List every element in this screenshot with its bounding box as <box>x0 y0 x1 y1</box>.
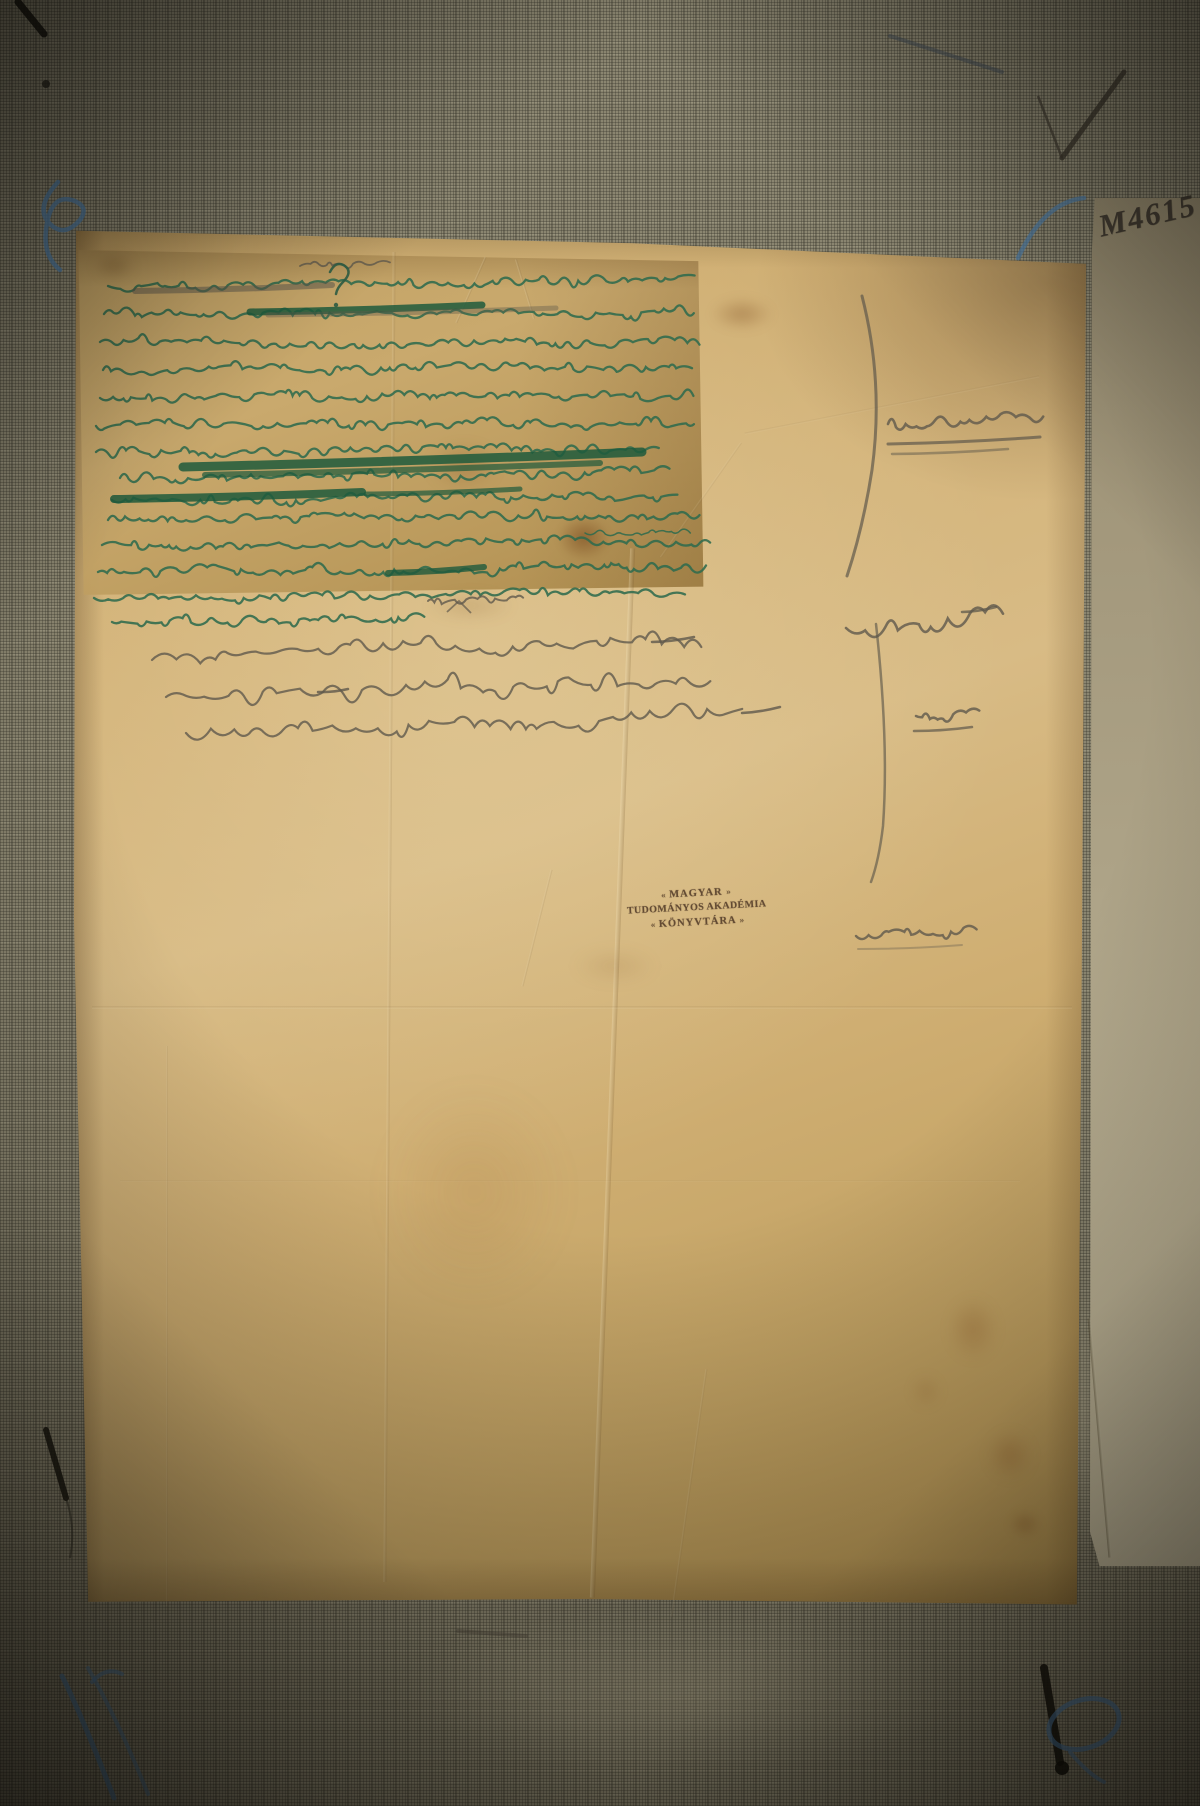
archive-photo-scene: M4615 « MAGYAR » TUDOMÁNYOS <box>0 0 1200 1806</box>
ink-line <box>94 588 685 604</box>
pencil-underline <box>892 449 1008 454</box>
pencil-line <box>856 926 977 939</box>
stamp-wing-right-icon: » <box>739 915 744 925</box>
pencil-line <box>888 412 1043 429</box>
ink-line <box>96 417 694 430</box>
ink-line <box>585 529 690 535</box>
ink-line <box>103 361 692 375</box>
green-strike <box>388 567 484 573</box>
pencil-line <box>152 632 701 664</box>
pencil-line <box>428 596 523 604</box>
stamp-wing-left-icon: « <box>661 890 666 900</box>
green-strike <box>366 489 520 494</box>
ink-line <box>112 613 424 626</box>
library-stamp: « MAGYAR » TUDOMÁNYOS AKADÉMIA « KÖNYVTÁ… <box>621 882 774 946</box>
pencil-line <box>916 709 979 722</box>
pencil-underline <box>858 945 962 949</box>
pencil-line <box>186 704 742 740</box>
ink-line <box>100 334 700 348</box>
ink-line <box>102 536 710 551</box>
ink-line <box>108 510 700 523</box>
stamp-wing-right-icon: » <box>726 886 731 896</box>
pencil-dash <box>742 707 780 713</box>
stamp-wing-left-icon: « <box>650 919 655 929</box>
margin-bracket-lower <box>871 624 885 882</box>
pencil-line <box>166 673 710 705</box>
ink-line <box>100 390 693 403</box>
question-mark-dot <box>334 303 338 307</box>
handwriting-layer <box>0 0 1200 1806</box>
pencil-underline <box>888 437 1040 444</box>
green-strike <box>114 492 362 499</box>
margin-bracket-upper <box>847 296 876 576</box>
pencil-underline <box>914 727 972 731</box>
